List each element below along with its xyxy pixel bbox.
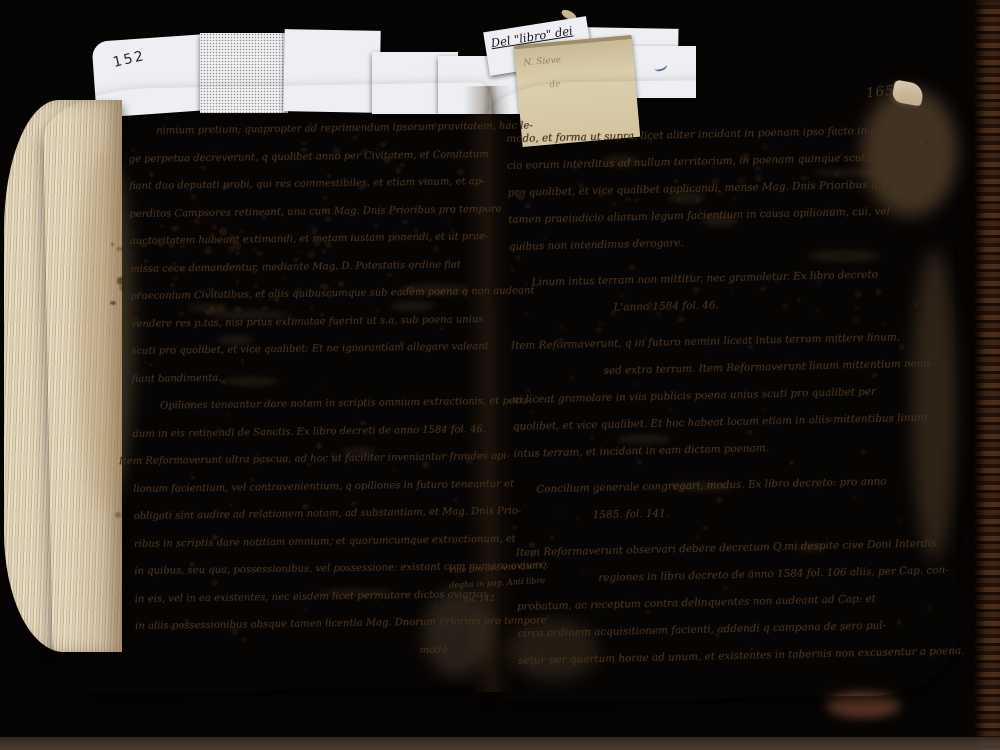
manuscript-line: auctoritatem habeant extimandi, et metam…	[130, 223, 482, 255]
manuscript-line: in aliis possessionibus absque tamen lic…	[135, 608, 487, 640]
manuscript-line: fiant duo deputati probi, qui res commes…	[129, 168, 481, 200]
right-page-text: modo, et forma ut supra, licet aliter in…	[506, 116, 950, 675]
table-edge	[0, 737, 1000, 750]
pen-mark-icon	[653, 60, 668, 73]
manuscript-line: obligati sint audire ad relationem notam…	[133, 498, 485, 530]
wood-shelf-edge	[975, 0, 1000, 750]
manuscript-line: in quibus, seu qua, possessionibus, vel …	[134, 553, 486, 585]
manuscript-line: praeconium Civitatibus, et aliis quibusc…	[130, 278, 482, 310]
manuscript-line: Item Reformaverunt ultra pascua, ad hoc …	[119, 443, 485, 476]
tab-number-label: 152	[111, 48, 146, 71]
catchword: modo	[135, 636, 487, 668]
margin-note: Vide pro decreto Q.mi Q. degha in pag. A…	[448, 557, 560, 608]
folio-number: 165	[865, 83, 895, 102]
book-cover-edge	[826, 693, 900, 717]
manuscript-line: scuti pro quolibet, et vice qualibet: Et…	[131, 333, 483, 365]
manuscript-line: Opiliones teneantur dare notam in script…	[132, 388, 484, 420]
old-tab-label: N. Sieve	[523, 55, 562, 68]
left-page-text: nimium pretium; quapropter ad reprimendu…	[128, 113, 488, 668]
manuscript-photo: 152 Del "libro" dei N. Sieve de 165 nimi…	[0, 0, 1000, 750]
manuscript-line: nimium pretium; quapropter ad reprimendu…	[128, 113, 480, 145]
